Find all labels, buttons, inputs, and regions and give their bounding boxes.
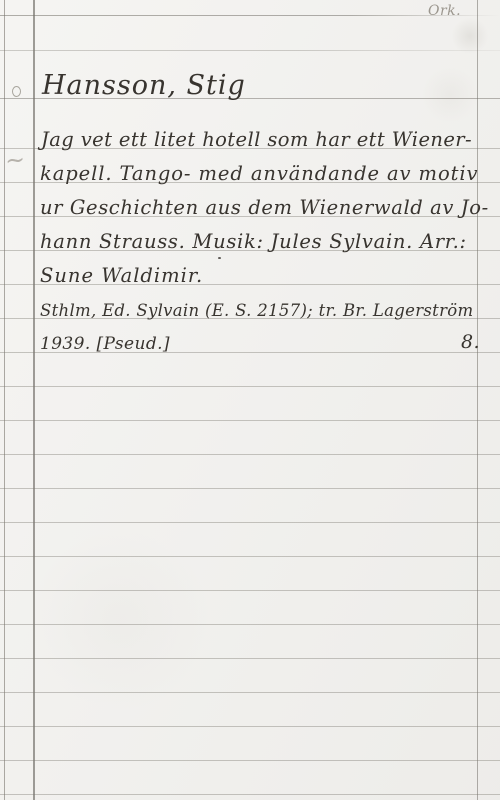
entry-text-line: Sune Waldimir.: [40, 264, 203, 287]
margin-squiggle-mark: ~: [4, 145, 27, 175]
ink-speck: [218, 257, 221, 259]
right-margin-rule: [477, 0, 478, 800]
entry-text-line: hann Strauss. Musik: Jules Sylvain. Arr.…: [40, 230, 467, 253]
left-edge-rule: [4, 0, 5, 800]
top-rule-line: [0, 15, 500, 16]
entry-text-line: ur Geschichten aus dem Wienerwald av Jo-: [40, 196, 489, 219]
catalog-card-page: Ork. ~ Hansson, Stig Jag vet ett litet h…: [0, 0, 500, 800]
second-rule-line: [0, 50, 500, 51]
entry-text-line: Sthlm, Ed. Sylvain (E. S. 2157); tr. Br.…: [40, 301, 473, 320]
entry-text-line: kapell. Tango- med användande av motiv: [40, 162, 478, 185]
margin-circle-mark: [12, 86, 21, 97]
corner-annotation: Ork.: [428, 3, 461, 19]
entry-text-line: Jag vet ett litet hotell som har ett Wie…: [41, 128, 472, 151]
left-margin-rule: [33, 0, 35, 800]
entry-heading: Hansson, Stig: [42, 70, 246, 101]
shelf-mark: 8.: [461, 331, 480, 353]
entry-text-line: 1939. [Pseud.]: [40, 334, 170, 354]
